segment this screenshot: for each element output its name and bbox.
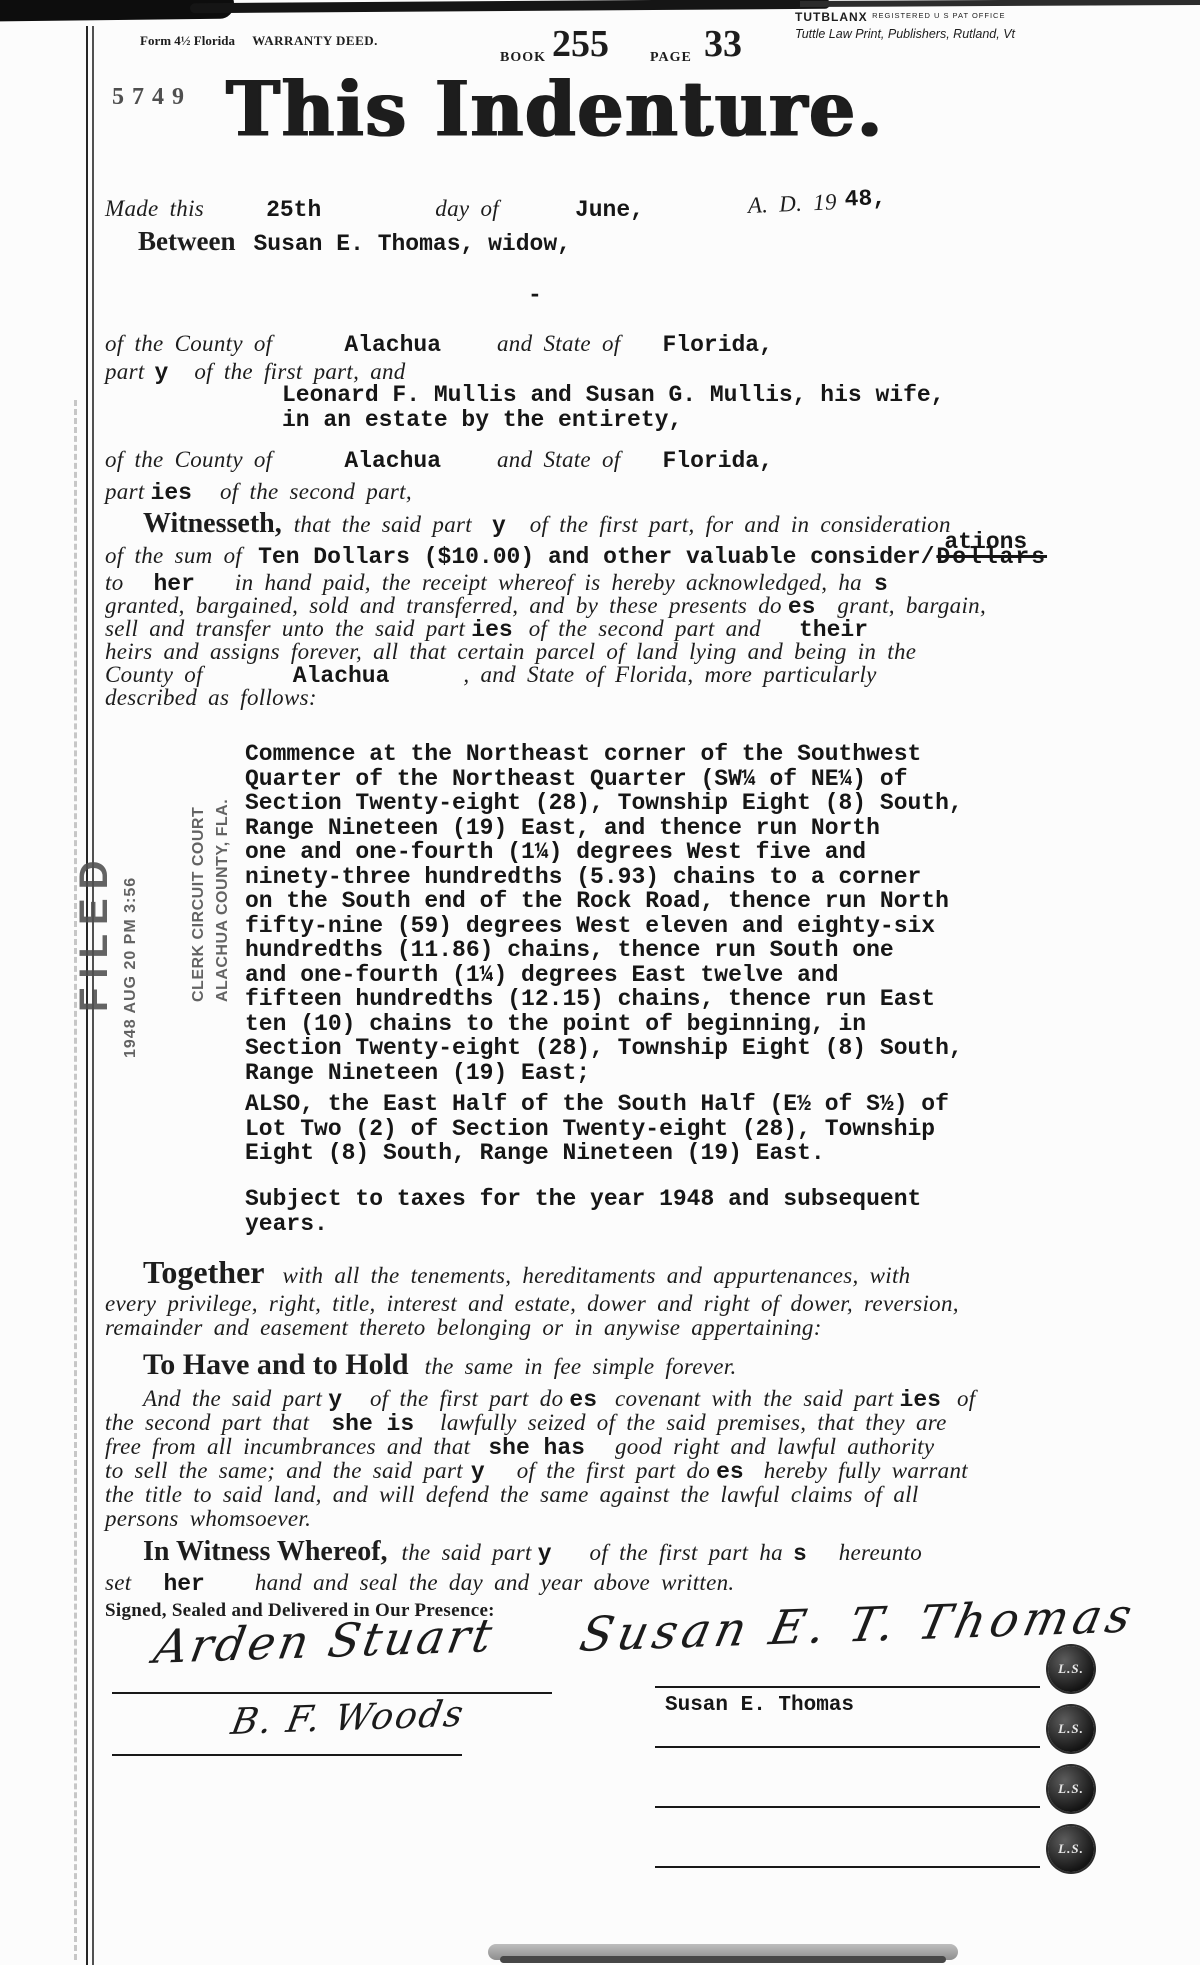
witnesseth-l3a: to	[105, 570, 124, 595]
witness-whereof-heading: In Witness Whereof,	[143, 1536, 388, 1567]
witnesseth-l7a: County of	[105, 662, 203, 687]
margin-dashed-rule	[74, 400, 77, 1960]
witnesseth-l1b: y	[492, 513, 506, 539]
part-label: part	[105, 359, 145, 384]
of-county-label-2: of the County of	[105, 447, 272, 472]
witnesseth-l5a: sell and transfer unto the said part	[105, 616, 465, 641]
witnesseth-l4a: granted, bargained, sold and transferred…	[105, 593, 782, 618]
covenant-c3c: good right and lawful authority	[615, 1434, 934, 1459]
grantor-signature-line	[655, 1686, 1040, 1688]
witness-w1d: s	[793, 1541, 807, 1567]
witness-signature-2: B. F. Woods	[228, 1694, 468, 1743]
witnesseth-l1c: of the first part, for and in considerat…	[530, 512, 951, 537]
month-value: June,	[575, 197, 644, 223]
covenant-c4c: of the first part do	[517, 1458, 710, 1483]
printer-stamp: TUTBLANX REGISTERED U S PAT OFFICE Tuttl…	[795, 8, 1015, 41]
year-value: 48,	[844, 185, 887, 213]
seal-2: L.S.	[1048, 1706, 1094, 1752]
together-heading: Together	[143, 1254, 264, 1290]
witness-w1a: the said part	[402, 1540, 532, 1565]
together-l1: with all the tenements, hereditaments an…	[282, 1263, 910, 1288]
between-label: Between	[138, 226, 235, 256]
part-label-2: part	[105, 479, 145, 504]
witnesseth-l7c: , and State of Florida, more particularl…	[463, 662, 876, 687]
witnesseth-l2a: of the sum of	[105, 543, 242, 568]
witnesseth-line-2: of the sum of Ten Dollars ($10.00) and o…	[105, 543, 1047, 570]
witnesseth-line-1: Witnesseth, that the said part y of the …	[143, 508, 951, 540]
part-typed-y: y	[155, 360, 169, 386]
witnesseth-l4c: grant, bargain,	[837, 593, 986, 618]
seal-4-label: L.S.	[1058, 1841, 1084, 1857]
county-line-first: of the County of Alachua and State of Fl…	[105, 331, 773, 358]
witnesseth-l5c: of the second part and	[529, 616, 761, 641]
witness-w1b: y	[538, 1541, 552, 1567]
grantee-estate: in an estate by the entirety,	[282, 407, 682, 433]
signature-line-3	[655, 1806, 1040, 1808]
printer-name: TUTBLANX	[795, 10, 868, 24]
tax-clause: Subject to taxes for the year 1948 and s…	[245, 1187, 921, 1236]
book-number: 255	[552, 22, 609, 66]
made-this-label: Made this	[105, 196, 204, 221]
covenant-line-3: free from all incumbrances and that she …	[105, 1434, 934, 1461]
state-value-second: Florida,	[662, 448, 772, 474]
seal-3-label: L.S.	[1058, 1781, 1084, 1797]
typed-correction: Dollarsations	[936, 544, 1047, 570]
county-line-second: of the County of Alachua and State of Fl…	[105, 447, 773, 474]
witness-signature-line-1	[112, 1692, 552, 1694]
filed-stamp-county: ALACHUA COUNTY, FLA.	[214, 799, 232, 1002]
grantor-typed-name: Susan E. Thomas	[665, 1694, 854, 1717]
grantee-names: Leonard F. Mullis and Susan G. Mullis, h…	[282, 382, 945, 408]
seal-1: L.S.	[1048, 1646, 1094, 1692]
filed-stamp-clerk: CLERK CIRCUIT COURT	[190, 807, 208, 1002]
printer-registered: REGISTERED U S PAT OFFICE	[872, 11, 1005, 20]
scan-bar-bottom-dark	[500, 1956, 946, 1963]
together-line-1: Together with all the tenements, heredit…	[143, 1254, 910, 1291]
witnesseth-l1a: that the said part	[294, 512, 472, 537]
seal-4: L.S.	[1048, 1826, 1094, 1872]
covenant-line-1: And the said part y of the first part do…	[143, 1386, 975, 1413]
day-value: 25th	[266, 197, 321, 223]
covenant-line-4: to sell the same; and the said part y of…	[105, 1458, 968, 1485]
grantor-name: Susan E. Thomas, widow,	[253, 231, 570, 257]
covenant-c2a: the second part that	[105, 1410, 309, 1435]
together-line-2: every privilege, right, title, interest …	[105, 1291, 959, 1317]
habendum-line: To Have and to Hold the same in fee simp…	[143, 1348, 737, 1382]
habendum-text: the same in fee simple forever.	[425, 1354, 737, 1379]
seal-3: L.S.	[1048, 1766, 1094, 1812]
covenant-c4a: to sell the same; and the said part	[105, 1458, 463, 1483]
scan-smudge-top-mid	[190, 0, 830, 13]
separator-dash: -	[528, 282, 542, 308]
covenant-c4e: hereby fully warrant	[764, 1458, 968, 1483]
witnesseth-heading: Witnesseth,	[143, 508, 282, 539]
covenant-c1g: of	[957, 1386, 976, 1411]
state-value-first: Florida,	[662, 332, 772, 358]
witnesseth-l2b: Ten Dollars ($10.00) and other valuable …	[258, 544, 934, 570]
form-label: Form 4½ Florida	[140, 33, 235, 48]
made-line: Made this 25th day of June, A. D. 19 48,	[105, 196, 886, 223]
covenant-c3a: free from all incumbrances and that	[105, 1434, 470, 1459]
page-number: 33	[704, 22, 742, 66]
of-county-label: of the County of	[105, 331, 272, 356]
form-header: Form 4½ Florida WARRANTY DEED.	[140, 33, 378, 49]
filed-stamp-datetime: 1948 AUG 20 PM 3:56	[122, 877, 140, 1058]
county-value-first: Alachua	[344, 332, 441, 358]
filed-stamp-text: FILED	[72, 851, 117, 1012]
signature-line-2	[655, 1746, 1040, 1748]
printer-address: Tuttle Law Print, Publishers, Rutland, V…	[795, 27, 1015, 41]
covenant-c1c: of the first part do	[370, 1386, 563, 1411]
legal-description: Commence at the Northeast corner of the …	[245, 742, 963, 1085]
and-state-label-2: and State of	[497, 447, 620, 472]
together-line-3: remainder and easement thereto belonging…	[105, 1315, 822, 1341]
scanned-deed-page: TUTBLANX REGISTERED U S PAT OFFICE Tuttl…	[0, 0, 1200, 1965]
part-typed-ies: ies	[151, 480, 192, 506]
covenant-line-5: the title to said land, and will defend …	[105, 1482, 919, 1508]
covenant-c1a: And the said part	[143, 1386, 322, 1411]
scan-smudge-top-right	[800, 0, 1200, 7]
and-state-label: and State of	[497, 331, 620, 356]
witness-signature-1: Arden Stuart	[150, 1608, 499, 1674]
witness-w2b: her	[163, 1571, 204, 1597]
habendum-heading: To Have and to Hold	[143, 1348, 409, 1381]
covenant-c1e: covenant with the said part	[615, 1386, 894, 1411]
witnesseth-line-8: described as follows:	[105, 685, 317, 711]
also-clause: ALSO, the East Half of the South Half (E…	[245, 1092, 949, 1166]
covenant-c2c: lawfully seized of the said premises, th…	[440, 1410, 947, 1435]
covenant-line-6: persons whomsoever.	[105, 1506, 311, 1532]
first-part-label: of the first part, and	[194, 359, 405, 384]
correction-overtyped-word: ations	[944, 529, 1027, 555]
party-line-second: part ies of the second part,	[105, 479, 412, 506]
covenant-line-2: the second part that she is lawfully sei…	[105, 1410, 947, 1437]
ad-19-label: A. D. 19	[747, 189, 837, 218]
witness-w1c: of the first part ha	[590, 1540, 783, 1565]
witness-w1e: hereunto	[839, 1540, 922, 1565]
signature-line-4	[655, 1866, 1040, 1868]
between-line: Between Susan E. Thomas, widow,	[138, 226, 571, 257]
witness-whereof-line-1: In Witness Whereof, the said part y of t…	[143, 1536, 922, 1568]
witness-whereof-line-2: set her hand and seal the day and year a…	[105, 1570, 734, 1597]
witnesseth-l3c: in hand paid, the receipt whereof is her…	[235, 570, 862, 595]
seal-2-label: L.S.	[1058, 1721, 1084, 1737]
second-part-label: of the second part,	[220, 479, 412, 504]
doc-type: WARRANTY DEED.	[252, 33, 378, 48]
witness-w2c: hand and seal the day and year above wri…	[255, 1570, 735, 1595]
seal-1-label: L.S.	[1058, 1661, 1084, 1677]
county-value-second: Alachua	[344, 448, 441, 474]
file-number: 5749	[112, 84, 192, 111]
witness-signature-line-2	[112, 1754, 462, 1756]
witness-w2a: set	[105, 1570, 131, 1595]
day-of-label: day of	[435, 196, 499, 221]
deed-title: This Indenture.	[225, 64, 883, 153]
